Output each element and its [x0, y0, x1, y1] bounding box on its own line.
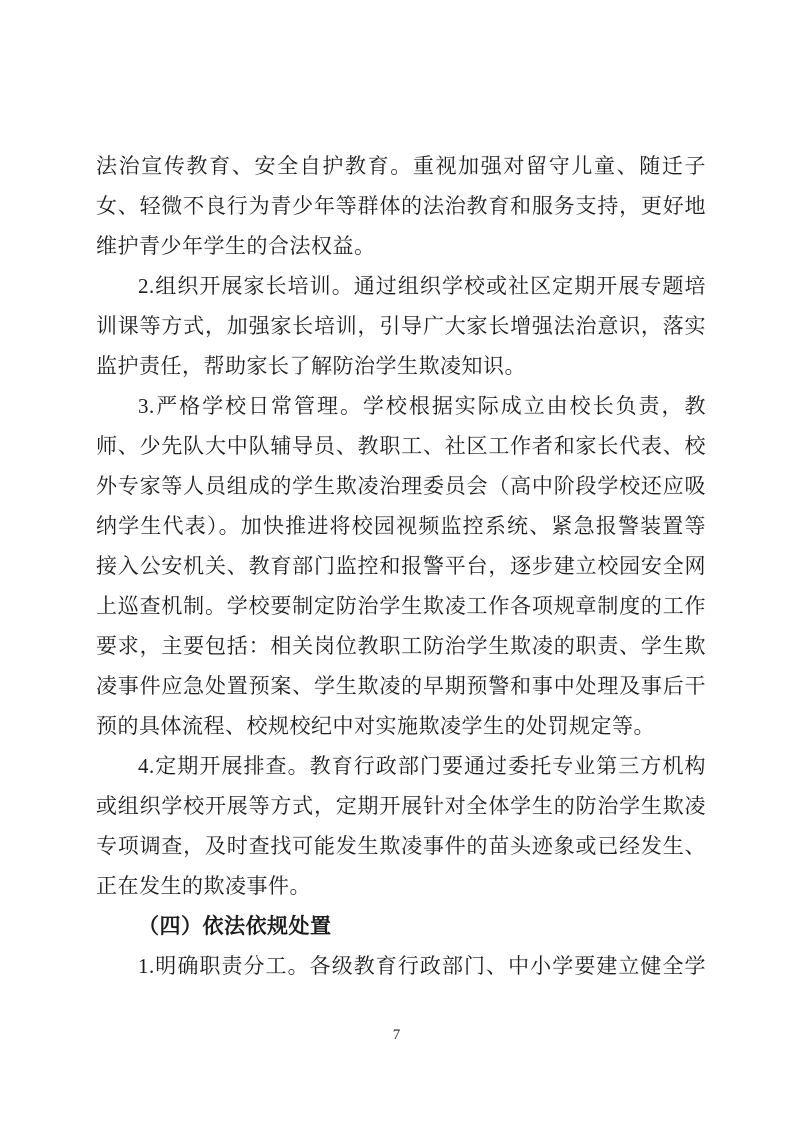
paragraph: 2.组织开展家长培训。通过组织学校或社区定期开展专题培训课等方式，加强家长培训，…	[96, 266, 706, 386]
document-page: 法治宣传教育、安全自护教育。重视加强对留守儿童、随迁子女、轻微不良行为青少年等群…	[0, 0, 793, 1122]
paragraph: 3.严格学校日常管理。学校根据实际成立由校长负责，教师、少先队大中队辅导员、教职…	[96, 386, 706, 746]
page-footer: 7	[0, 1024, 793, 1046]
paragraph: 1.明确职责分工。各级教育行政部门、中小学要建立健全学	[96, 946, 706, 986]
document-body: 法治宣传教育、安全自护教育。重视加强对留守儿童、随迁子女、轻微不良行为青少年等群…	[96, 146, 706, 986]
paragraph: 4.定期开展排查。教育行政部门要通过委托专业第三方机构或组织学校开展等方式，定期…	[96, 746, 706, 906]
page-number: 7	[393, 1027, 401, 1043]
section-heading: （四）依法依规处置	[96, 906, 706, 946]
paragraph: 法治宣传教育、安全自护教育。重视加强对留守儿童、随迁子女、轻微不良行为青少年等群…	[96, 146, 706, 266]
